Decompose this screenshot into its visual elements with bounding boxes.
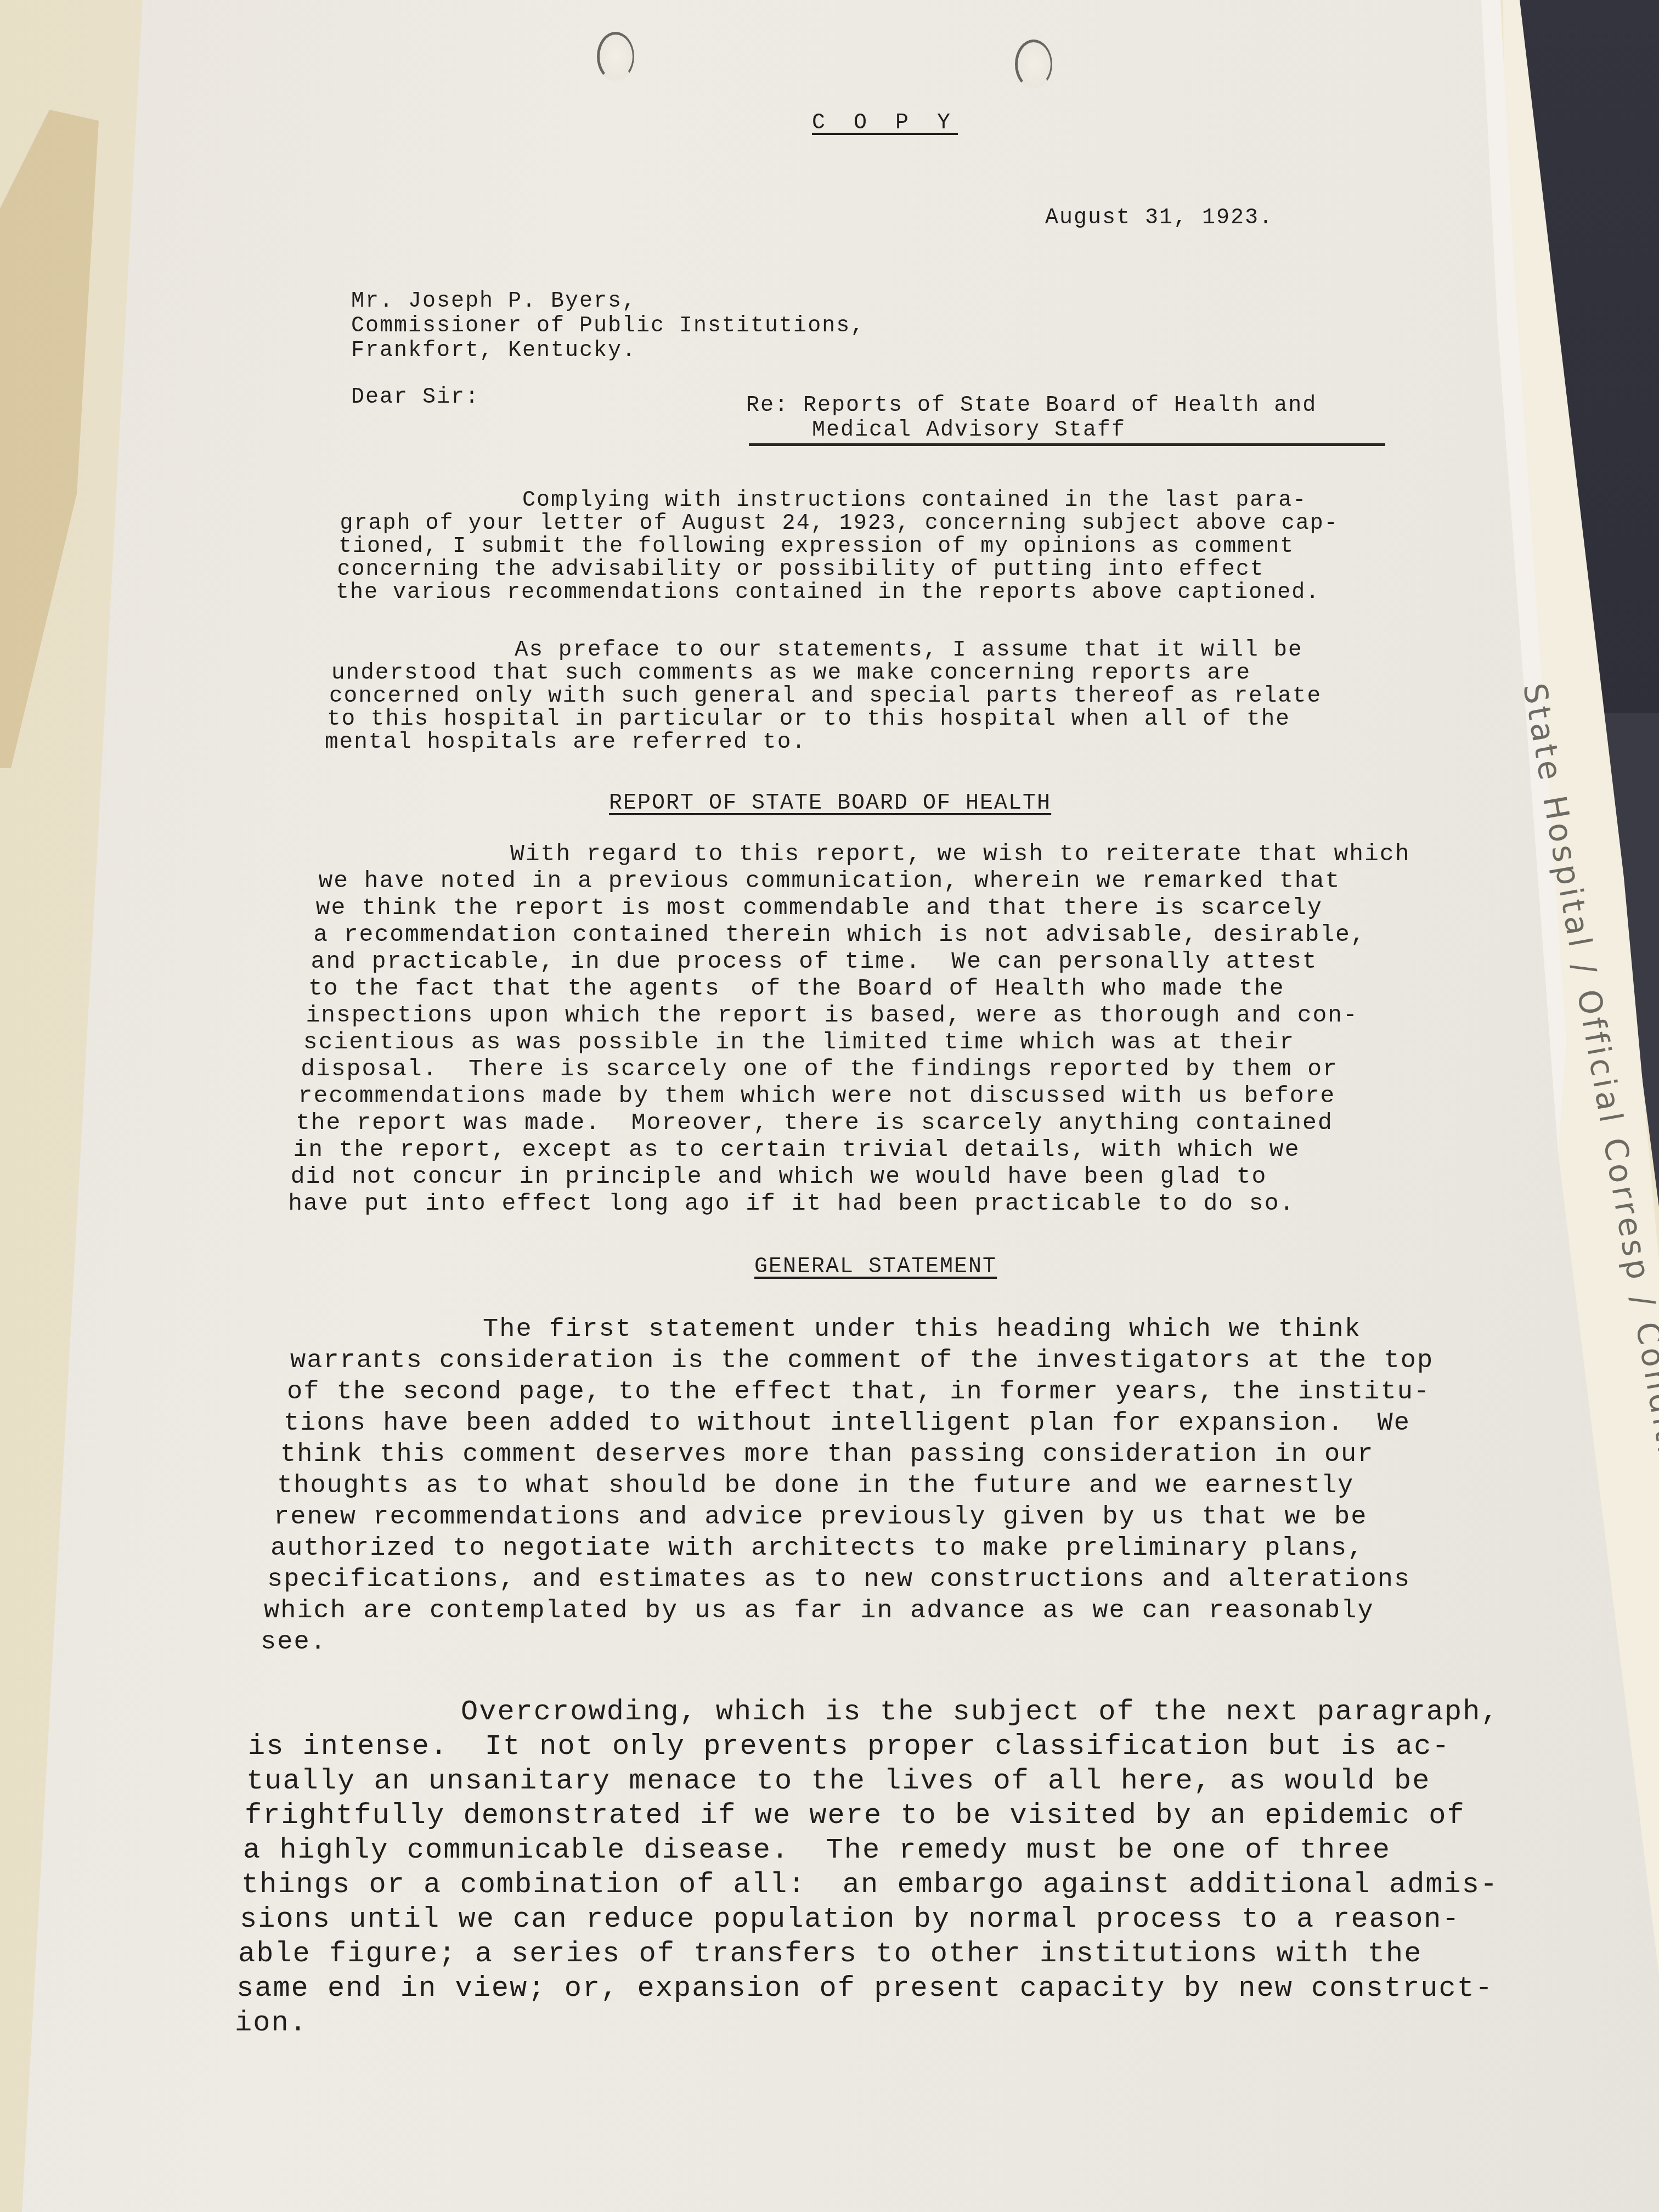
para-state-board-line: did not concur in principle and which we… bbox=[291, 1165, 1267, 1188]
copy-label: C O P Y bbox=[812, 112, 958, 134]
para-complying-line: tioned, I submit the following expressio… bbox=[338, 536, 1294, 558]
para-general-1-line: warrants consideration is the comment of… bbox=[290, 1348, 1434, 1374]
para-overcrowding-line: Overcrowding, which is the subject of th… bbox=[461, 1698, 1499, 1726]
para-preface-line: mental hospitals are referred to. bbox=[325, 731, 806, 754]
salutation: Dear Sir: bbox=[351, 387, 479, 409]
para-overcrowding-line: things or a combination of all: an embar… bbox=[241, 1871, 1498, 1899]
para-state-board-line: have put into effect long ago if it had … bbox=[288, 1192, 1295, 1215]
para-state-board-line: recommendations made by them which were … bbox=[298, 1084, 1336, 1108]
para-complying-line: concerning the advisability or possibili… bbox=[337, 559, 1265, 581]
letter-text: C O P Y August 31, 1923. Mr. Joseph P. B… bbox=[0, 0, 1659, 2212]
para-general-1-line: think this comment deserves more than pa… bbox=[280, 1442, 1374, 1468]
para-state-board-line: to the fact that the agents of the Board… bbox=[308, 977, 1284, 1000]
para-state-board-line: and practicable, in due process of time.… bbox=[311, 950, 1318, 973]
para-overcrowding-line: ion. bbox=[235, 2009, 308, 2038]
para-general-1-line: see. bbox=[261, 1629, 327, 1655]
para-state-board-line: we have noted in a previous communicatio… bbox=[318, 869, 1340, 893]
para-general-1-line: thoughts as to what should be done in th… bbox=[277, 1473, 1354, 1499]
subject-line-1: Re: Reports of State Board of Health and bbox=[746, 395, 1317, 417]
para-overcrowding-line: same end in view; or, expansion of prese… bbox=[236, 1974, 1493, 2003]
recipient-title: Commissioner of Public Institutions, bbox=[351, 315, 865, 337]
para-complying-line: Complying with instructions contained in… bbox=[522, 490, 1307, 512]
para-general-1-line: renew recommendations and advice previou… bbox=[274, 1504, 1368, 1530]
para-state-board-line: we think the report is most commendable … bbox=[316, 896, 1323, 919]
para-overcrowding-line: sions until we can reduce population by … bbox=[240, 1905, 1460, 1934]
para-general-1-line: of the second page, to the effect that, … bbox=[287, 1379, 1430, 1405]
subject-line-2: Medical Advisory Staff bbox=[812, 420, 1126, 442]
para-complying-line: the various recommendations contained in… bbox=[336, 582, 1320, 604]
heading-general-statement: GENERAL STATEMENT bbox=[754, 1256, 997, 1278]
para-state-board-line: scientious as was possible in the limite… bbox=[303, 1030, 1295, 1054]
recipient-name: Mr. Joseph P. Byers, bbox=[351, 291, 636, 313]
para-general-1-line: The first statement under this heading w… bbox=[483, 1317, 1361, 1342]
letter-date: August 31, 1923. bbox=[1045, 207, 1273, 229]
para-overcrowding-line: a highly communicable disease. The remed… bbox=[243, 1836, 1391, 1865]
para-overcrowding-line: able figure; a series of transfers to ot… bbox=[238, 1940, 1422, 1968]
para-state-board-line: inspections upon which the report is bas… bbox=[306, 1003, 1358, 1027]
recipient-location: Frankfort, Kentucky. bbox=[351, 340, 636, 362]
subject-underline bbox=[749, 443, 1385, 446]
para-state-board-line: in the report, except as to certain triv… bbox=[293, 1138, 1300, 1161]
para-overcrowding-line: is intense. It not only prevents proper … bbox=[248, 1733, 1451, 1761]
para-complying-line: graph of your letter of August 24, 1923,… bbox=[340, 513, 1339, 535]
para-general-1-line: authorized to negotiate with architects … bbox=[270, 1536, 1364, 1561]
para-state-board-line: With regard to this report, we wish to r… bbox=[510, 842, 1410, 866]
para-general-1-line: specifications, and estimates as to new … bbox=[267, 1567, 1410, 1593]
para-preface-line: concerned only with such general and spe… bbox=[329, 685, 1322, 708]
para-preface-line: As preface to our statements, I assume t… bbox=[515, 639, 1303, 662]
para-preface-line: to this hospital in particular or to thi… bbox=[327, 708, 1290, 731]
para-general-1-line: which are contemplated by us as far in a… bbox=[264, 1598, 1374, 1624]
heading-state-board: REPORT OF STATE BOARD OF HEALTH bbox=[609, 793, 1051, 815]
para-general-1-line: tions have been added to without intelli… bbox=[284, 1410, 1410, 1436]
para-preface-line: understood that such comments as we make… bbox=[331, 662, 1251, 685]
para-overcrowding-line: frightfully demonstrated if we were to b… bbox=[245, 1802, 1465, 1830]
para-state-board-line: a recommendation contained therein which… bbox=[313, 923, 1366, 946]
para-state-board-line: the report was made. Moreover, there is … bbox=[296, 1111, 1333, 1135]
para-overcrowding-line: tually an unsanitary menace to the lives… bbox=[246, 1767, 1430, 1796]
para-state-board-line: disposal. There is scarcely one of the f… bbox=[301, 1057, 1338, 1081]
